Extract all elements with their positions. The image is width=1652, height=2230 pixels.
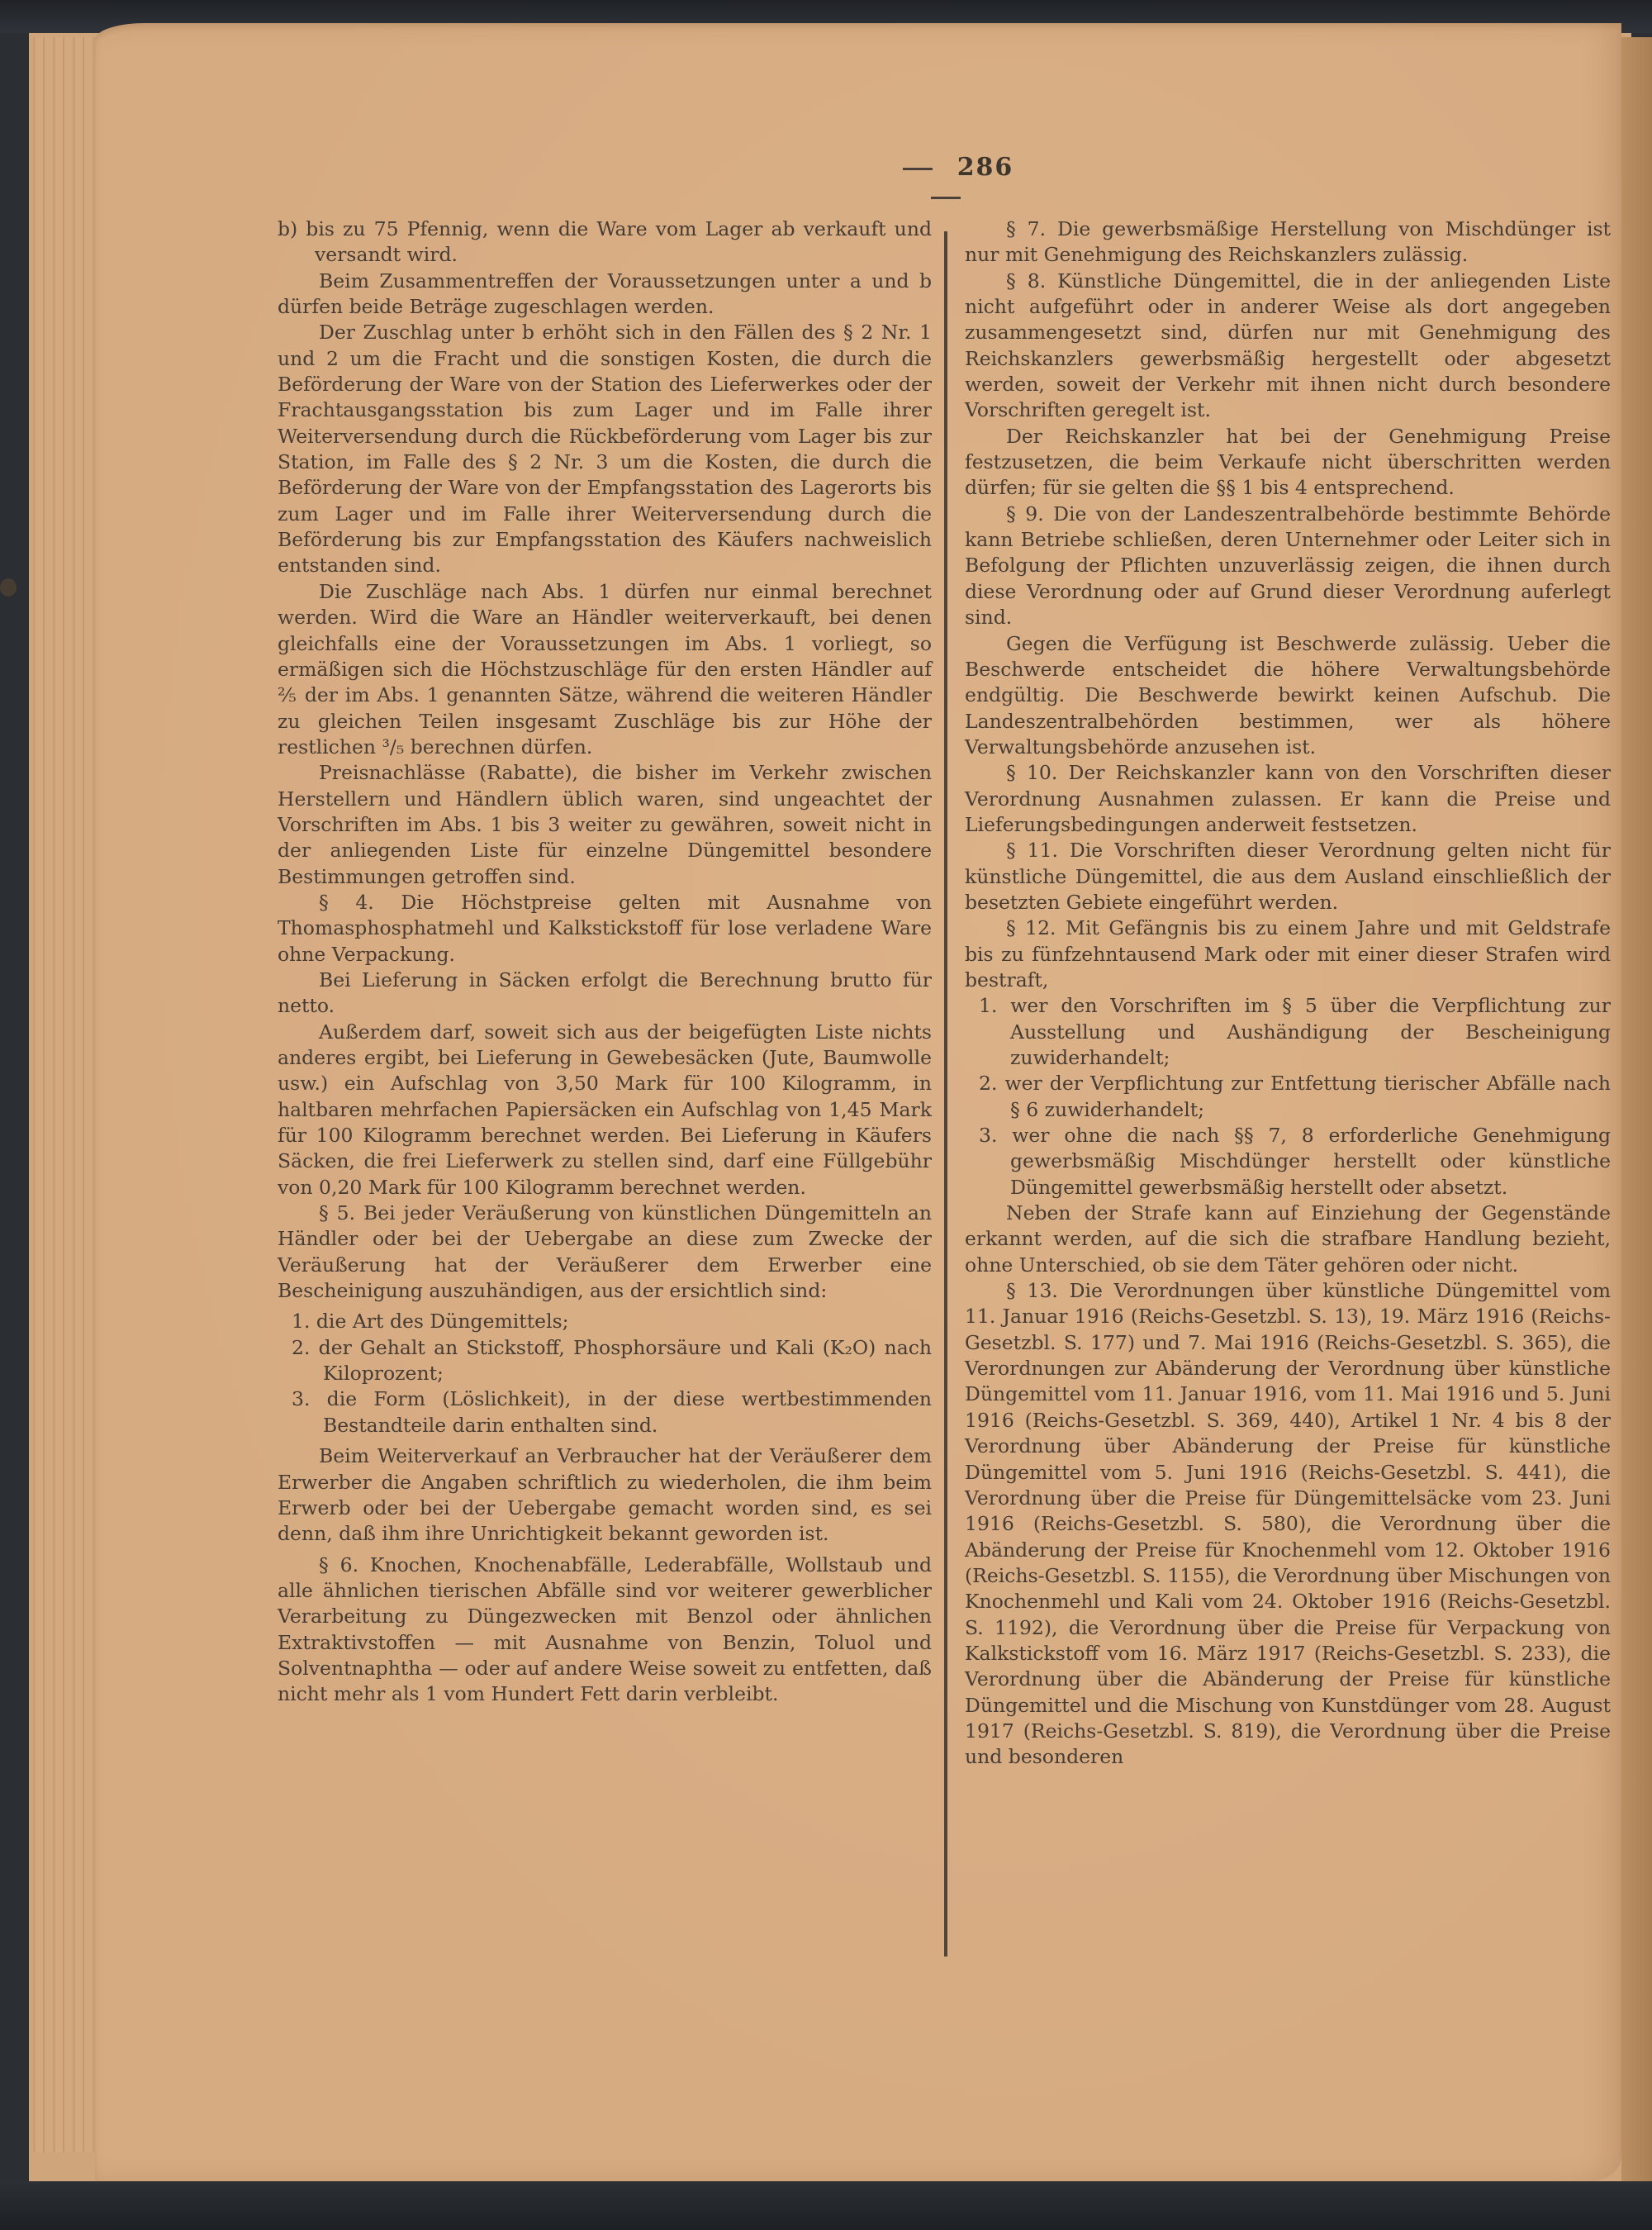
section-10: § 10. Der Reichskanzler kann von den Vor… [965, 760, 1611, 838]
section-5: § 5. Bei jeder Veräußerung von künstlich… [278, 1201, 932, 1304]
paragraph: Neben der Strafe kann auf Einziehung der… [965, 1201, 1611, 1278]
paragraph: Beim Weiterverkauf an Verbraucher hat de… [278, 1443, 932, 1547]
right-column: § 7. Die gewerbsmäßige Herstellung von M… [965, 216, 1611, 1771]
paragraph: Außerdem darf, soweit sich aus der beige… [278, 1020, 932, 1201]
column-divider [944, 231, 947, 1957]
list-item: 3. wer ohne die nach §§ 7, 8 erforderlic… [965, 1123, 1611, 1201]
left-column: b) bis zu 75 Pfennig, wenn die Ware vom … [278, 216, 932, 1708]
list-item: 1. wer den Vorschriften im § 5 über die … [965, 993, 1611, 1071]
section-11: § 11. Die Vorschriften dieser Verordnung… [965, 838, 1611, 915]
page-number-dash-right [931, 197, 961, 199]
page-stack-edges [33, 37, 95, 2152]
paragraph: Der Zuschlag unter b erhöht sich in den … [278, 320, 932, 578]
section-8: § 8. Künstliche Düngemittel, die in der … [965, 269, 1611, 424]
page-number: 286 [851, 153, 1041, 211]
paragraph: Preisnachlässe (Rabatte), die bisher im … [278, 760, 932, 890]
page-number-dash-left [903, 168, 933, 170]
section-6: § 6. Knochen, Knochenabfälle, Lederabfäl… [278, 1552, 932, 1708]
paragraph: Bei Lieferung in Säcken erfolgt die Bere… [278, 968, 932, 1020]
facing-page-edge [1621, 37, 1652, 2181]
list-item: 3. die Form (Löslichkeit), in der diese … [278, 1386, 932, 1438]
paragraph: Gegen die Verfügung ist Beschwerde zuläs… [965, 631, 1611, 761]
list-item: 2. wer der Verpflichtung zur Entfettung … [965, 1071, 1611, 1123]
list-item: 1. die Art des Düngemittels; [278, 1309, 932, 1334]
clause-b: b) bis zu 75 Pfennig, wenn die Ware vom … [278, 216, 932, 269]
book-cover-bottom [0, 2181, 1652, 2230]
section-9: § 9. Die von der Landeszentralbehörde be… [965, 502, 1611, 631]
paragraph: Die Zuschläge nach Abs. 1 dürfen nur ein… [278, 579, 932, 760]
section-4: § 4. Die Höchstpreise gelten mit Ausnahm… [278, 890, 932, 968]
section-7: § 7. Die gewerbsmäßige Herstellung von M… [965, 216, 1611, 269]
paragraph: Beim Zusammentreffen der Voraussetzungen… [278, 269, 932, 321]
margin-stain [0, 578, 17, 597]
section-12: § 12. Mit Gefängnis bis zu einem Jahre u… [965, 915, 1611, 993]
section-13: § 13. Die Verordnungen über künstliche D… [965, 1278, 1611, 1771]
paragraph: Der Reichskanzler hat bei der Genehmigun… [965, 424, 1611, 502]
page-number-value: 286 [957, 153, 1014, 182]
list-item: 2. der Gehalt an Stickstoff, Phosphorsäu… [278, 1335, 932, 1387]
